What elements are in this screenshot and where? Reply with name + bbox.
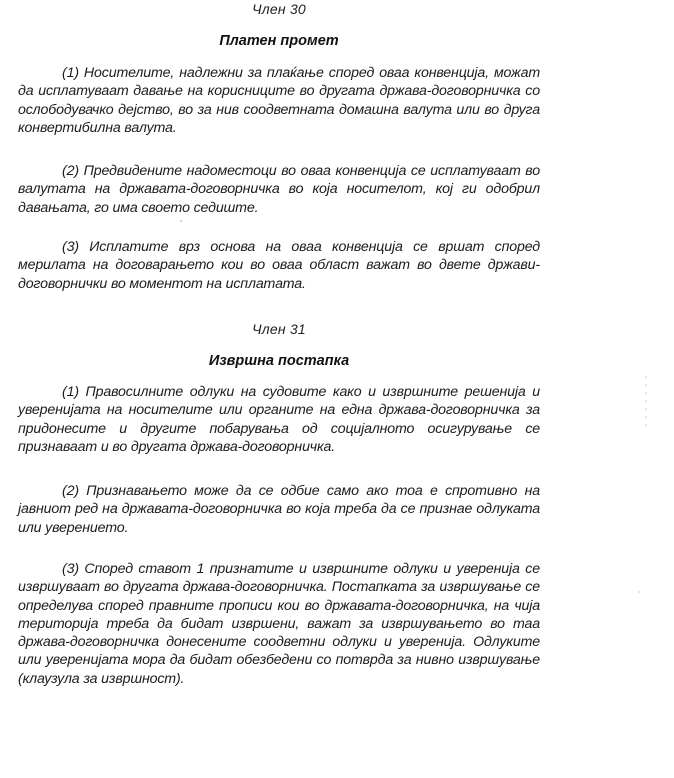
- article-30-paragraph-3: (3) Исплатите врз основа на оваа конвенц…: [18, 238, 540, 293]
- article-30-number: Член 30: [0, 1, 558, 17]
- article-31-paragraph-3: (3) Според ставот 1 признатите и извршни…: [18, 560, 540, 688]
- scan-speck: [180, 220, 182, 222]
- article-30-title: Платен промет: [0, 33, 558, 49]
- scan-speck: [638, 591, 640, 593]
- document-page: Член 30 Платен промет (1) Носителите, на…: [0, 0, 674, 778]
- scan-margin-marks: [645, 376, 647, 432]
- article-31-paragraph-2: (2) Признавањето може да се одбие само а…: [18, 482, 540, 537]
- article-31-title: Извршна постапка: [0, 353, 558, 369]
- article-30-paragraph-2: (2) Предвидените надоместоци во оваа кон…: [18, 162, 540, 217]
- article-30-paragraph-1: (1) Носителите, надлежни за плаќање спор…: [18, 64, 540, 137]
- article-31-paragraph-1: (1) Правосилните одлуки на судовите како…: [18, 383, 540, 456]
- article-31-number: Член 31: [0, 321, 558, 337]
